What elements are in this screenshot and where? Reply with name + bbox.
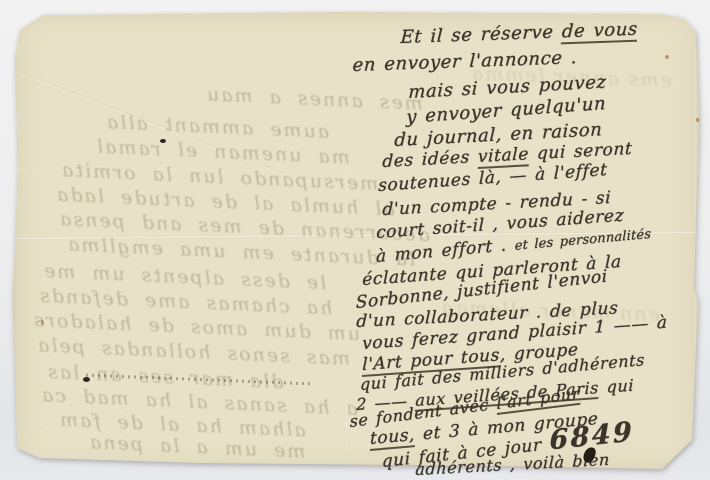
foxing-speck (696, 118, 700, 122)
line-text: qui (599, 376, 634, 398)
foxing-speck (665, 55, 669, 59)
underlined-text: de vous (561, 19, 638, 45)
scanned-letter-view: mes annes a mau aume ammant alla ma unem… (0, 0, 710, 480)
